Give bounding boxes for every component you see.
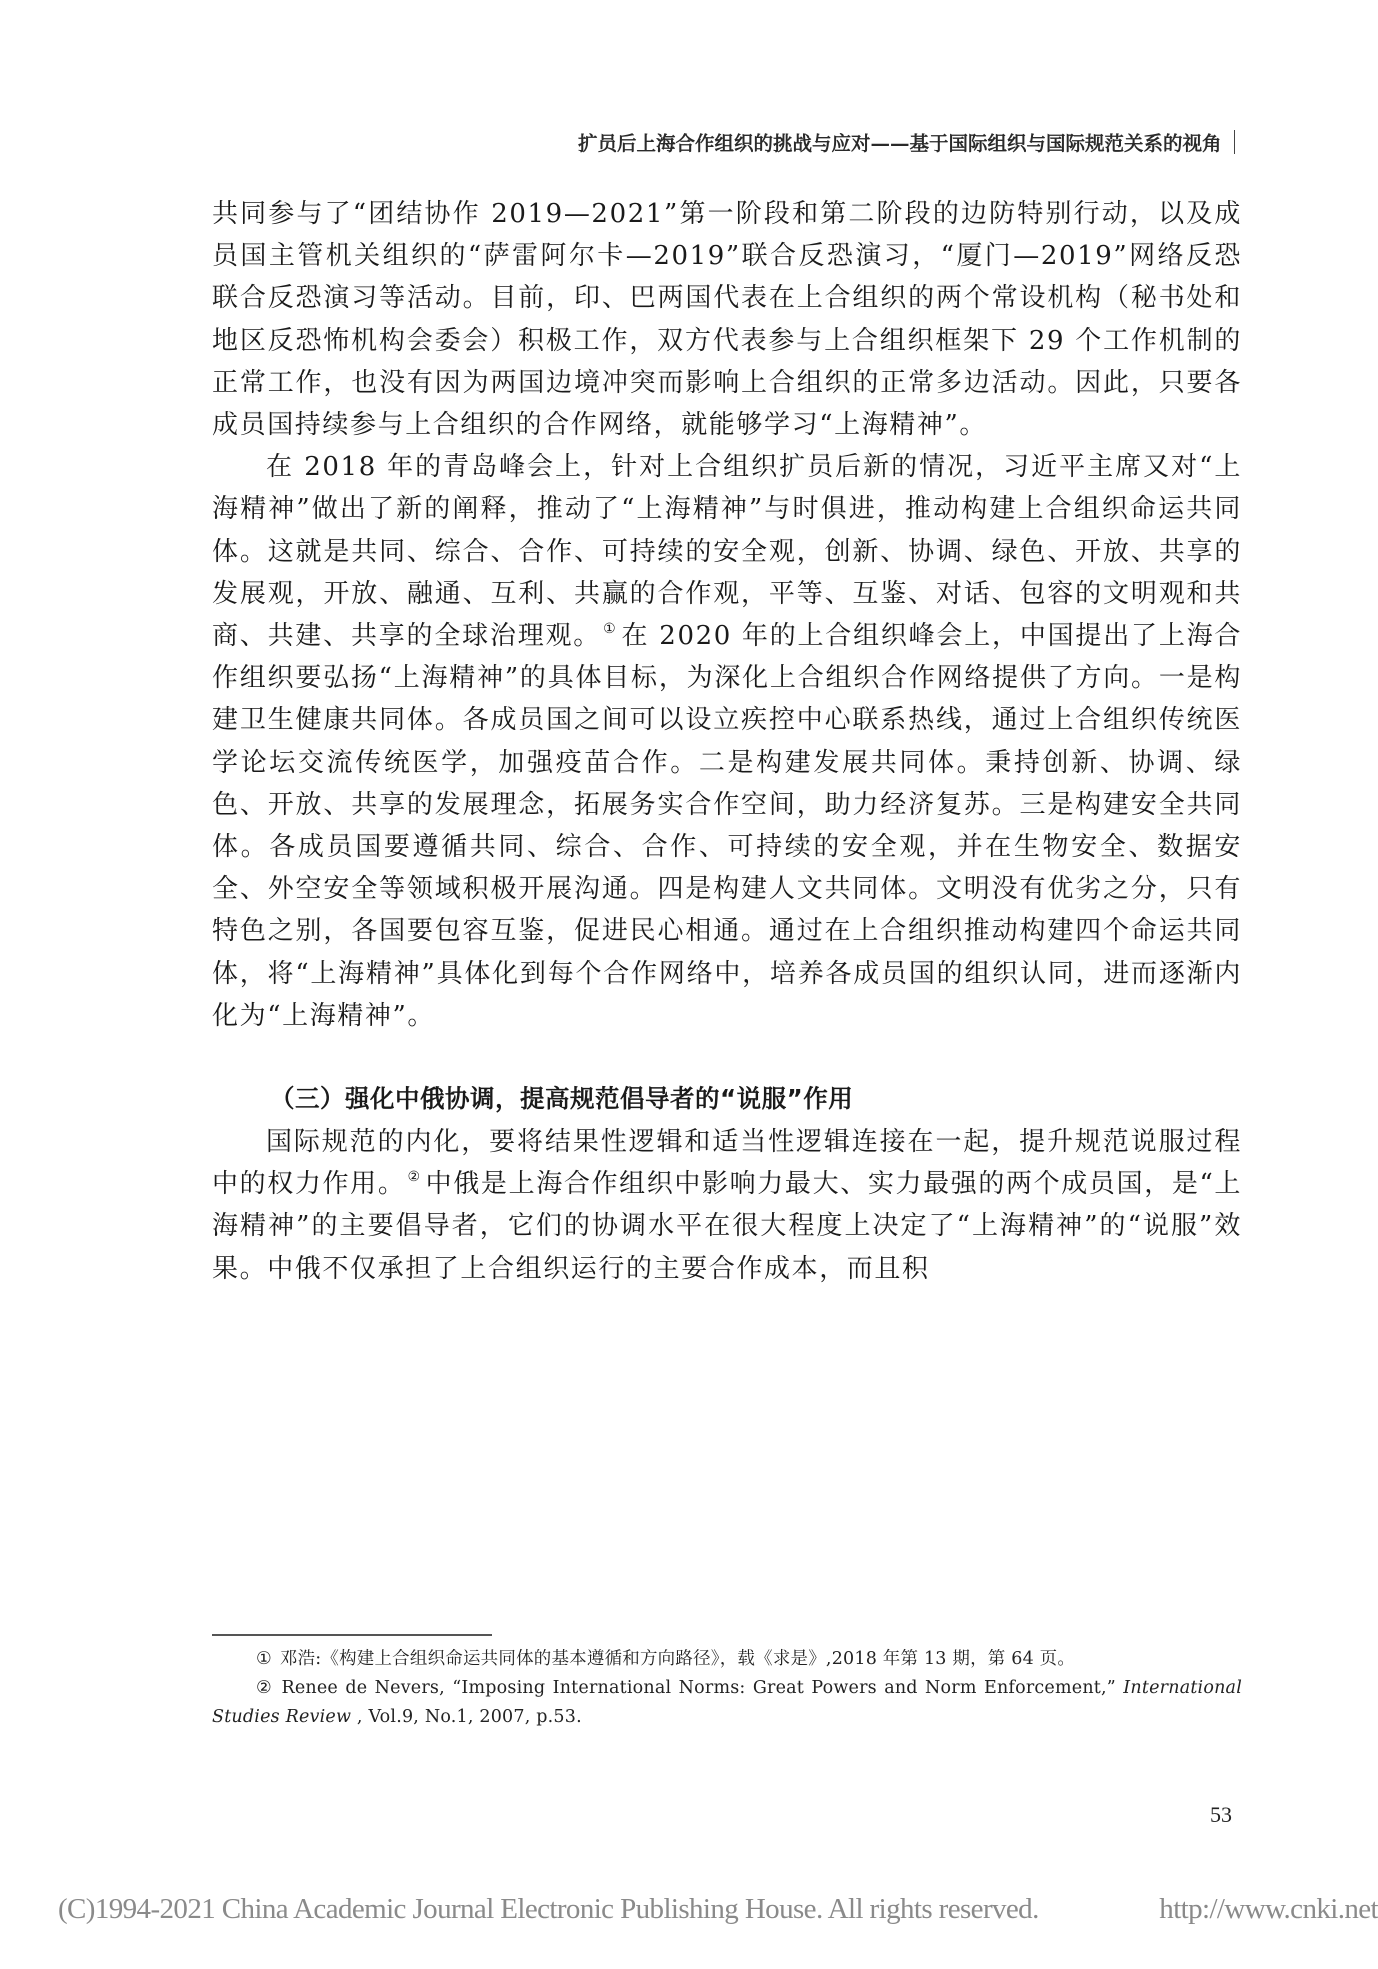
running-header-title: 扩员后上海合作组织的挑战与应对——基于国际组织与国际规范关系的视角 [578,128,1222,156]
running-header: 扩员后上海合作组织的挑战与应对——基于国际组织与国际规范关系的视角 [578,128,1235,156]
footnote-ref-1[interactable]: ① [603,621,617,637]
footnote-divider [212,1634,492,1636]
copyright-notice: (C)1994-2021 China Academic Journal Elec… [58,1893,1039,1926]
paragraph-3: 国际规范的内化，要将结果性逻辑和适当性逻辑连接在一起，提升规范说服过程中的权力作… [212,1121,1242,1290]
article-body: 共同参与了“团结协作 2019—2021”第一阶段和第二阶段的边防特别行动，以及… [212,193,1242,1290]
paragraph-1-text: 共同参与了“团结协作 2019—2021”第一阶段和第二阶段的边防特别行动，以及… [212,199,1242,440]
footnote-2-text-b: , Vol.9, No.1, 2007, p.53. [351,1707,582,1727]
section-heading: （三）强化中俄协调，提高规范倡导者的“说服”作用 [212,1077,1242,1121]
footnote-1: ①邓浩:《构建上合组织命运共同体的基本遵循和方向路径》，载《求是》,2018 年… [212,1645,1242,1674]
copyright-url[interactable]: http://www.cnki.net [1159,1893,1378,1926]
paragraph-2-text-b: 在 2020 年的上合组织峰会上，中国提出了上海合作组织要弘扬“上海精神”的具体… [212,621,1242,1031]
footnotes: ①邓浩:《构建上合组织命运共同体的基本遵循和方向路径》，载《求是》,2018 年… [212,1645,1242,1732]
header-divider-bar [1234,130,1236,154]
footnote-2: ②Renee de Nevers, “Imposing Internationa… [212,1674,1242,1732]
page-number: 53 [1210,1802,1232,1828]
footnote-2-text-a: Renee de Nevers, “Imposing International… [281,1678,1123,1698]
copyright-footer: (C)1994-2021 China Academic Journal Elec… [58,1893,1378,1926]
paragraph-2: 在 2018 年的青岛峰会上，针对上合组织扩员后新的情况，习近平主席又对“上海精… [212,446,1242,1037]
footnote-ref-2[interactable]: ② [407,1169,421,1185]
paragraph-1: 共同参与了“团结协作 2019—2021”第一阶段和第二阶段的边防特别行动，以及… [212,193,1242,446]
footnote-1-text: 邓浩:《构建上合组织命运共同体的基本遵循和方向路径》，载《求是》,2018 年第… [280,1649,1075,1669]
footnote-2-number: ② [256,1678,273,1698]
footnote-1-number: ① [256,1649,272,1669]
